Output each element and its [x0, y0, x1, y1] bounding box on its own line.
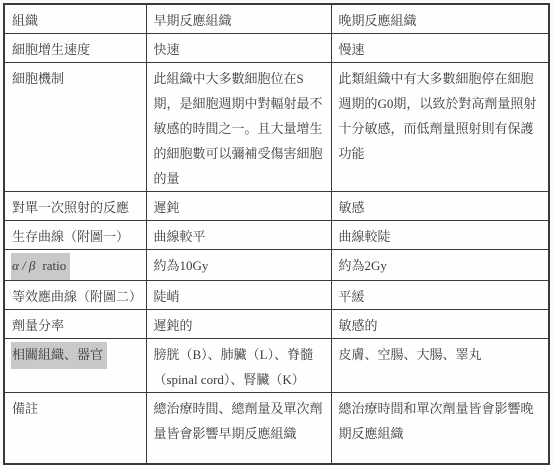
late-value-cell: 慢速 [331, 34, 549, 63]
late-value-cell: 約為2Gy [331, 250, 549, 281]
row-label-cell: 劑量分率 [4, 310, 146, 339]
late-value-cell: 敏感 [331, 192, 549, 221]
header-cell-early-responding: 早期反應組織 [146, 4, 331, 34]
late-value-cell: 平緩 [331, 281, 549, 310]
row-cell-mechanism: 細胞機制 此組織中大多數細胞位在S期，是細胞週期中對輻射最不敏感的時間之一。且大… [4, 63, 549, 192]
row-survival-curve: 生存曲線（附圖一） 曲線較平 曲線較陡 [4, 221, 549, 250]
row-remarks: 備註 總治療時間、總劑量及單次劑量皆會影響早期反應組織 總治療時間和單次劑量皆會… [4, 393, 549, 464]
row-proliferation-rate: 細胞增生速度 快速 慢速 [4, 34, 549, 63]
row-isoeffect-curve: 等效應曲線（附圖二） 陡峭 平緩 [4, 281, 549, 310]
row-label-cell: 相關組織、器官 [4, 339, 146, 393]
early-value-cell: 快速 [146, 34, 331, 63]
row-label-cell: 備註 [4, 393, 146, 464]
late-value-cell: 此類組織中有大多數細胞停在細胞週期的G0期，以致於對高劑量照射十分敏感，而低劑量… [331, 63, 549, 192]
row-related-tissues-organs: 相關組織、器官 膀胱（B）、肺臟（L）、脊髓（spinal cord）、腎臟（K… [4, 339, 549, 393]
late-value-cell: 曲線較陡 [331, 221, 549, 250]
early-value-cell: 陡峭 [146, 281, 331, 310]
tissue-comparison-table: 組織 早期反應組織 晚期反應組織 細胞增生速度 快速 慢速 細胞機制 此組織中大… [3, 3, 550, 465]
early-value-cell: 總治療時間、總劑量及單次劑量皆會影響早期反應組織 [146, 393, 331, 464]
ratio-label: ratio [42, 258, 66, 273]
early-value-cell: 遲鈍的 [146, 310, 331, 339]
row-label-cell: 細胞增生速度 [4, 34, 146, 63]
highlighted-label: 相關組織、器官 [11, 342, 107, 369]
row-single-exposure-response: 對單一次照射的反應 遲鈍 敏感 [4, 192, 549, 221]
late-value-cell: 敏感的 [331, 310, 549, 339]
early-value-cell: 約為10Gy [146, 250, 331, 281]
alpha-beta-symbol: α / β [12, 258, 35, 273]
row-label-cell: α / βratio [4, 250, 146, 281]
early-value-cell: 曲線較平 [146, 221, 331, 250]
late-value-cell: 皮膚、空腸、大腸、睪丸 [331, 339, 549, 393]
row-alpha-beta-ratio: α / βratio 約為10Gy 約為2Gy [4, 250, 549, 281]
header-cell-late-responding: 晚期反應組織 [331, 4, 549, 34]
row-label-cell: 對單一次照射的反應 [4, 192, 146, 221]
early-value-cell: 膀胱（B）、肺臟（L）、脊髓（spinal cord）、腎臟（K） [146, 339, 331, 393]
row-label-cell: 等效應曲線（附圖二） [4, 281, 146, 310]
late-value-cell: 總治療時間和單次劑量皆會影響晚期反應組織 [331, 393, 549, 464]
row-label-cell: 生存曲線（附圖一） [4, 221, 146, 250]
row-dose-fractionation: 劑量分率 遲鈍的 敏感的 [4, 310, 549, 339]
header-row: 組織 早期反應組織 晚期反應組織 [4, 4, 549, 34]
highlighted-label: α / βratio [11, 253, 70, 280]
header-cell-tissue: 組織 [4, 4, 146, 34]
early-value-cell: 遲鈍 [146, 192, 331, 221]
early-value-cell: 此組織中大多數細胞位在S期，是細胞週期中對輻射最不敏感的時間之一。且大量增生的細… [146, 63, 331, 192]
row-label-cell: 細胞機制 [4, 63, 146, 192]
